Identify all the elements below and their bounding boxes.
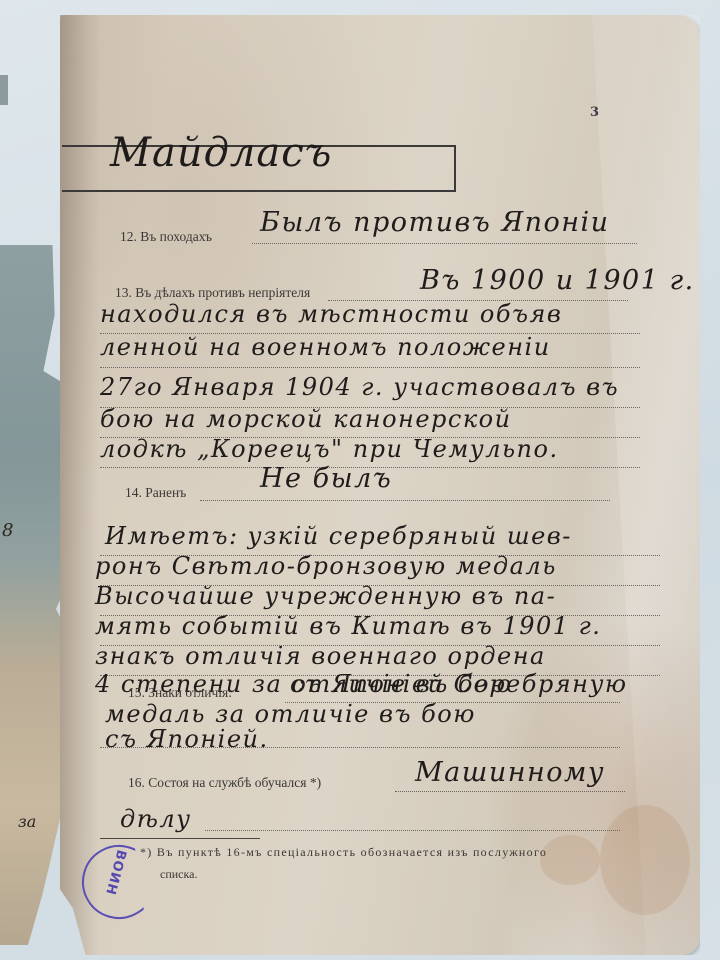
dotted-line (395, 791, 625, 792)
field-13-value-line: лодкѣ „Кореецъ" при Чемульпо. (100, 435, 559, 463)
field-14-value: Не былъ (260, 463, 392, 494)
page-fold (520, 15, 700, 955)
field-12-label: 12. Въ походахъ (120, 229, 212, 245)
fragment-edge (0, 75, 8, 105)
stain (540, 835, 600, 885)
field-13-value-line: 27го Января 1904 г. участвовалъ въ (100, 373, 619, 401)
field-12-value: Былъ противъ Японіи (260, 207, 610, 238)
fragment-text: 8 (2, 520, 13, 541)
surname: Майдласъ (110, 130, 332, 176)
field-15-value-line: съ Японіей. (105, 725, 269, 753)
field-15-pre-line: мять событій въ Китаѣ въ 1901 г. (95, 612, 601, 640)
field-14-label: 14. Раненъ (125, 485, 186, 501)
footnote: *) Въ пунктѣ 16-мъ спеціальность обознач… (140, 845, 547, 860)
dotted-line (200, 500, 610, 501)
field-15-pre-line: Имѣетъ: узкій серебряный шев- (105, 522, 572, 550)
field-13-value-line: ленной на военномъ положеніи (100, 333, 551, 361)
field-16-value-line: дѣлу (120, 805, 192, 833)
field-13-value-line: Въ 1900 и 1901 г. (420, 265, 695, 296)
field-15-label: 15. Знаки отличія: (128, 685, 232, 701)
page-number: 3 (590, 105, 599, 120)
field-13-label: 13. Въ дѣлахъ противъ непріятеля (115, 285, 310, 301)
fragment-text: за (18, 812, 36, 831)
field-15-pre-line: знакъ отличія военнаго ордена (95, 642, 546, 670)
document-page: 3 Майдласъ 12. Въ походахъ Былъ противъ … (60, 15, 700, 955)
field-16-value-line: Машинному (415, 757, 605, 788)
dotted-line (252, 243, 637, 244)
torn-document-fragment (0, 245, 70, 945)
field-15-pre-line: ронъ Свѣтло-бронзовую медаль (95, 552, 557, 580)
field-15-value-line: съ Японіей Серебряную (290, 670, 628, 698)
field-16-label: 16. Состоя на службѣ обучался *) (128, 775, 321, 791)
field-13-value-line: находился въ мѣстности объяв (100, 300, 562, 328)
photo-scene: 8 за 3 Майдласъ 12. Въ походахъ Былъ про… (0, 0, 720, 960)
field-13-value-line: бою на морской канонерской (100, 405, 512, 433)
dotted-line (205, 830, 620, 831)
dotted-line (100, 367, 640, 368)
footnote-continuation: списка. (160, 867, 197, 882)
field-15-pre-line: Высочайше учрежденную въ па- (95, 582, 556, 610)
footnote-rule (100, 838, 260, 839)
stain (600, 805, 690, 915)
field-15-value-line: медаль за отличіе въ бою (105, 700, 476, 728)
